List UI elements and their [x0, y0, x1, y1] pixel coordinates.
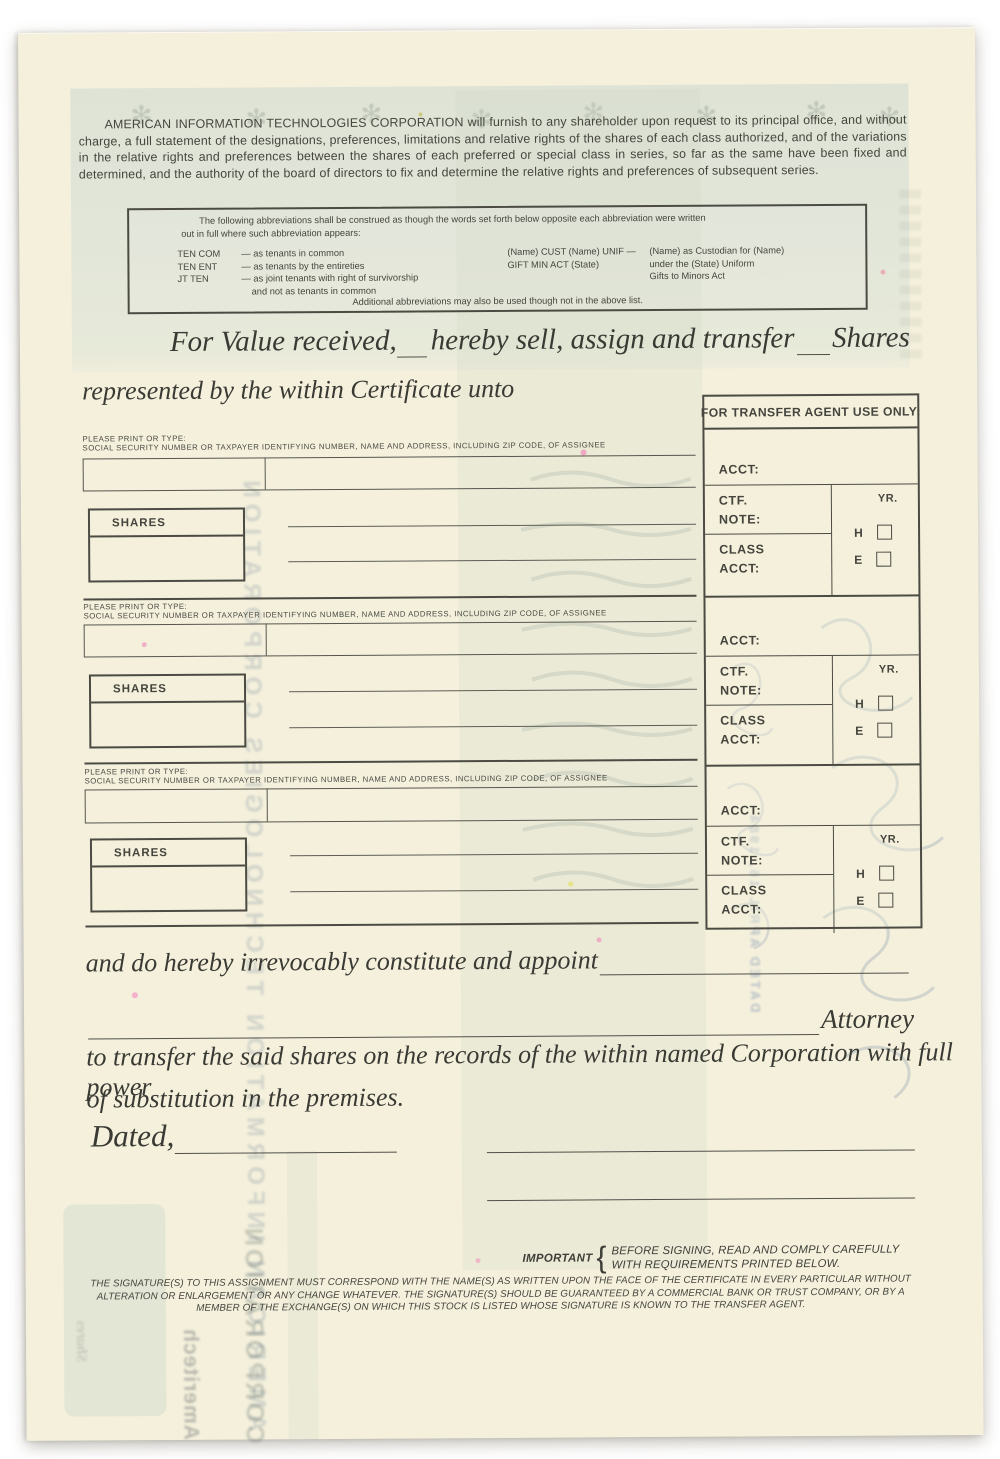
agent-group-2: ACCT: CTF.NOTE: CLASSACCT: YR. H E	[705, 596, 919, 766]
appoint-line: and do hereby irrevocably constitute and…	[86, 943, 911, 978]
speck	[568, 882, 573, 887]
abbreviations-intro: The following abbreviations shall be con…	[199, 211, 799, 240]
scan-background: ✻ ✻ ✻ ✻ ✻ ✻ ✻ ✻ AMERICAN INFORMATION TEC…	[0, 0, 1000, 1459]
section-separator	[84, 759, 697, 765]
assignee-address-line[interactable]	[288, 559, 696, 562]
class-acct-field[interactable]: CLASSACCT:	[707, 875, 833, 921]
class-acct-field[interactable]: CLASSACCT:	[706, 705, 832, 751]
ssn-box-divider	[266, 623, 267, 655]
yr-label: YR.	[878, 493, 898, 505]
assignment-opening-line: For Value received, hereby sell, assign …	[170, 321, 910, 359]
shares-box-label: SHARES	[92, 840, 245, 868]
seller-name-blank[interactable]	[397, 324, 427, 357]
acct-field[interactable]: ACCT:	[707, 765, 920, 826]
section-separator	[83, 595, 696, 601]
speck	[597, 937, 602, 942]
ssn-input-area[interactable]	[86, 789, 266, 820]
ghost-script-bleed	[501, 459, 704, 940]
custodian-abbreviation: (Name) CUST (Name) UNIF — GIFT MIN ACT (…	[507, 245, 636, 271]
h-checkbox[interactable]	[877, 525, 892, 540]
acct-field[interactable]: ACCT:	[705, 596, 918, 656]
furnish-statement: AMERICAN INFORMATION TECHNOLOGIES CORPOR…	[79, 111, 907, 182]
attorney-name-blank[interactable]	[600, 943, 909, 975]
shares-count-box[interactable]: SHARES	[88, 508, 245, 583]
ssn-label: SOCIAL SECURITY NUMBER OR TAXPAYER IDENT…	[84, 608, 607, 620]
shares-count-box[interactable]: SHARES	[89, 674, 246, 749]
abbreviation-terms: TEN COM TEN ENT JT TEN	[177, 248, 220, 286]
e-label: E	[856, 893, 864, 907]
ctf-note-field[interactable]: CTF.NOTE:	[705, 485, 831, 535]
yr-label: YR.	[880, 834, 900, 846]
e-checkbox[interactable]	[876, 552, 891, 567]
h-label: H	[855, 696, 864, 710]
ctf-note-field[interactable]: CTF.NOTE:	[706, 656, 832, 706]
assignee-name-line[interactable]	[289, 689, 697, 692]
e-label: E	[854, 552, 862, 566]
e-checkbox[interactable]	[877, 723, 892, 738]
ssn-box-divider	[265, 457, 266, 489]
dated-row: Dated,	[91, 1117, 397, 1155]
ctf-note-field[interactable]: CTF.NOTE:	[707, 826, 833, 876]
important-notice: IMPORTANT { BEFORE SIGNING, READ AND COM…	[522, 1240, 899, 1276]
shares-box-label: SHARES	[90, 510, 243, 538]
sell-assign-text: hereby sell, assign and transfer	[431, 322, 795, 357]
form-bottom-line	[85, 922, 698, 928]
acct-field[interactable]: ACCT:	[704, 428, 917, 485]
ssn-input-area[interactable]	[84, 458, 264, 489]
important-text: BEFORE SIGNING, READ AND COMPLY CAREFULL…	[611, 1242, 899, 1273]
h-checkbox[interactable]	[878, 696, 893, 711]
e-checkbox[interactable]	[878, 893, 893, 908]
h-label: H	[856, 866, 865, 880]
speck	[132, 992, 138, 998]
agent-group-3: ACCT: CTF.NOTE: CLASSACCT: YR. H E	[707, 765, 921, 933]
assignee-name-line[interactable]	[290, 853, 698, 856]
important-label: IMPORTANT	[522, 1252, 592, 1264]
signature-line-2[interactable]	[487, 1197, 915, 1201]
shares-box-label: SHARES	[91, 676, 244, 704]
transfer-agent-box: FOR TRANSFER AGENT USE ONLY: ACCT: CTF.N…	[702, 393, 922, 929]
h-label: H	[854, 525, 863, 539]
agent-group-1: ACCT: CTF.NOTE: CLASSACCT: YR. H E	[704, 428, 918, 597]
yr-label: YR.	[879, 664, 899, 676]
ssn-box-divider	[267, 788, 268, 821]
shares-word: Shares	[832, 321, 910, 354]
ssn-label: SOCIAL SECURITY NUMBER OR TAXPAYER IDENT…	[83, 440, 606, 452]
assignee-address-line[interactable]	[290, 889, 698, 892]
transfer-agent-header: FOR TRANSFER AGENT USE ONLY:	[704, 395, 917, 429]
certificate-back-paper: ✻ ✻ ✻ ✻ ✻ ✻ ✻ ✻ AMERICAN INFORMATION TEC…	[18, 27, 984, 1441]
abbreviation-definitions: — as tenants in common — as tenants by t…	[241, 246, 418, 297]
assignee-name-line[interactable]	[288, 524, 696, 527]
ssn-input-area[interactable]	[85, 624, 265, 655]
ghost-ameritech-logo: Ameritech	[177, 1232, 202, 1440]
ssn-label: SOCIAL SECURITY NUMBER OR TAXPAYER IDENT…	[85, 773, 608, 785]
brace-glyph: {	[596, 1241, 606, 1275]
assignee-address-line[interactable]	[289, 725, 697, 728]
for-value-received-text: For Value received,	[170, 325, 397, 359]
e-label: E	[855, 723, 863, 737]
substitution-line: of substitution in the premises.	[86, 1083, 404, 1115]
signature-line-1[interactable]	[487, 1149, 915, 1153]
abbreviations-box: The following abbreviations shall be con…	[127, 204, 868, 315]
custodian-definition: (Name) as Custodian for (Name) under the…	[649, 244, 784, 282]
share-count-blank[interactable]	[796, 322, 830, 355]
represented-line: represented by the within Certificate un…	[82, 374, 514, 407]
date-blank[interactable]	[174, 1117, 396, 1154]
abbreviations-footer: Additional abbreviations may also be use…	[130, 294, 866, 308]
signature-requirements-note: THE SIGNATURE(S) TO THIS ASSIGNMENT MUST…	[86, 1273, 916, 1316]
h-checkbox[interactable]	[879, 866, 894, 881]
shares-count-box[interactable]: SHARES	[90, 838, 247, 913]
attorney-name-blank-2[interactable]	[88, 1004, 819, 1039]
attorney-line: Attorney	[86, 1003, 914, 1039]
class-acct-field[interactable]: CLASSACCT:	[705, 534, 831, 580]
speck	[476, 1258, 481, 1263]
